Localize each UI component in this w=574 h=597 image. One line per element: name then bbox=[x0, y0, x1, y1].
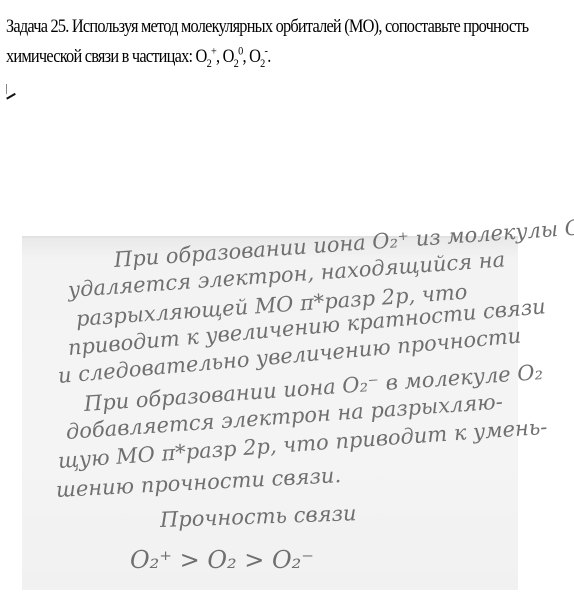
task-line-1: Задача 25. Используя метод молекулярных … bbox=[6, 12, 494, 42]
species-o2-plus: O2+ bbox=[196, 46, 216, 67]
checkmark-icon bbox=[6, 93, 18, 103]
task-line-2-prefix: химической связи в частицах: bbox=[6, 46, 196, 67]
hw-strength-comparison: O₂⁺ > O₂ > O₂⁻ bbox=[130, 546, 314, 575]
handwritten-answer-photo: При образовании иона O₂⁺ из молекулы O₂ … bbox=[22, 236, 518, 590]
task-line-2: химической связи в частицах: O2+, O20, O… bbox=[6, 42, 494, 72]
species-o2-neutral: O20 bbox=[223, 46, 243, 67]
handwritten-answer: При образовании иона O₂⁺ из молекулы O₂ … bbox=[22, 238, 518, 590]
task-statement: Задача 25. Используя метод молекулярных … bbox=[6, 12, 494, 72]
margin-mark bbox=[6, 84, 7, 94]
hw-line-10: Прочность связи bbox=[159, 499, 356, 535]
species-o2-minus: O2- bbox=[249, 46, 267, 67]
